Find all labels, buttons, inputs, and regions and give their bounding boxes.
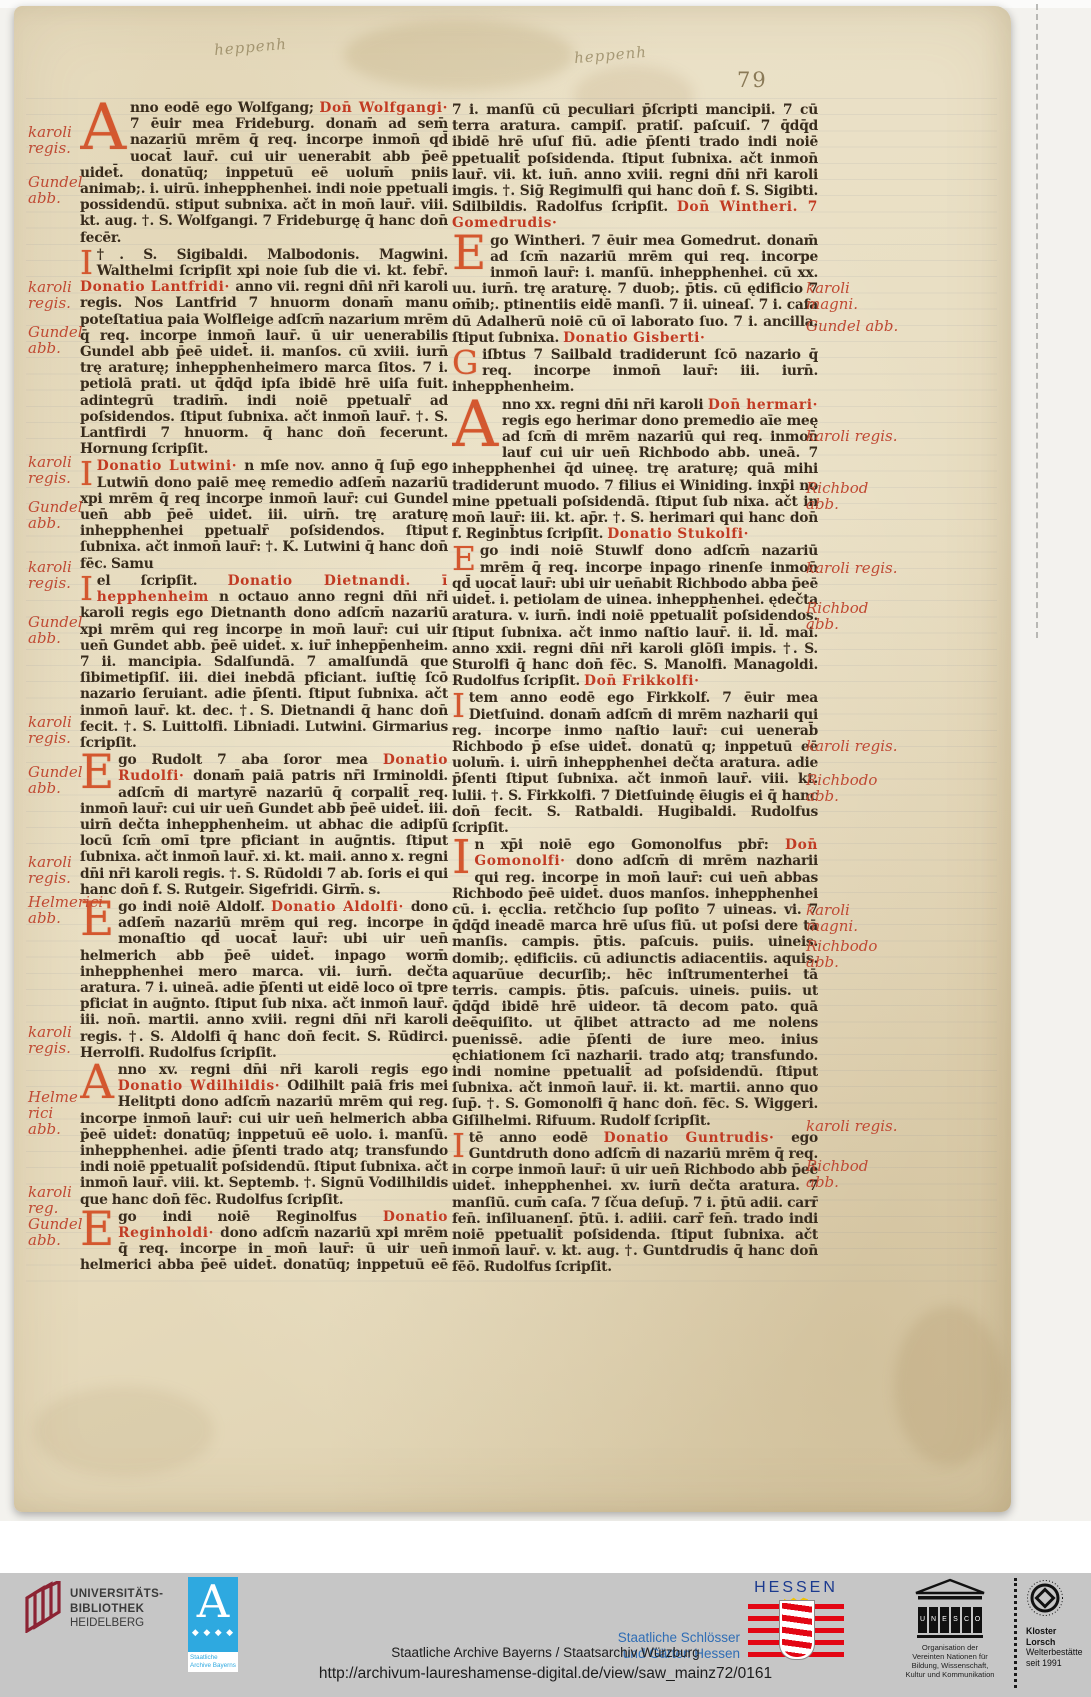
margin-note: Helme rici abb. xyxy=(28,1089,84,1137)
rubric-heading: Donatio Aldolfi· xyxy=(271,899,411,915)
rubric-heading: Donatio Guntrudis· xyxy=(604,1130,792,1146)
body-text: go indi noiē Stuwlf dono adſcm̄ nazariū … xyxy=(452,543,818,689)
margin-note: Gundel abb. xyxy=(28,324,84,356)
margin-note: Helmerici abb. xyxy=(28,894,84,926)
margin-note: Gundel abb. xyxy=(28,614,84,646)
illuminated-initial: I xyxy=(452,839,470,878)
unesco-base-icon xyxy=(917,1635,983,1638)
margin-note: Gundel abb. xyxy=(28,764,84,796)
illuminated-initial: E xyxy=(452,235,486,274)
scan-bottom-strip xyxy=(0,1521,1091,1573)
unesco-column-letter: U xyxy=(918,1607,927,1633)
unesco-column-letter: N xyxy=(929,1607,938,1633)
illuminated-initial: I xyxy=(452,692,465,719)
margin-note: Gundel abb. xyxy=(28,174,84,206)
body-text: ego Guntdruth dono adſcm̄ di nazariū mrē… xyxy=(452,1130,818,1276)
folio-number: 79 xyxy=(737,68,768,92)
margin-note: Gundel abb. xyxy=(806,318,902,334)
manuscript-scan-page: heppenh heppenh 79 Anno eodē ego Wolfgan… xyxy=(0,0,1091,1697)
body-text: 7 ēuir mea Frideburg. donam̄ ad sem̄ naz… xyxy=(80,116,448,245)
charter-entry: Ego indi noiē Aldolf. Donatio Aldolfi· d… xyxy=(80,899,448,1061)
charter-entry: Item anno eodē ego Firkkolf. 7 ēuir mea … xyxy=(452,690,818,836)
margin-note: karoli regis. xyxy=(806,560,902,576)
margin-note: karoli regis. xyxy=(28,714,84,746)
stain xyxy=(34,1386,214,1476)
unesco-pediment-icon xyxy=(908,1578,992,1600)
margin-note: karoli regis. xyxy=(806,738,902,754)
lorsch-line1: Kloster Lorsch xyxy=(1026,1626,1088,1647)
bayern-a-letter: A xyxy=(188,1577,238,1627)
unesco-columns-icon: UNESCO xyxy=(895,1607,1005,1633)
margin-note: karoli regis. xyxy=(28,124,84,156)
caption-url: http://archivum-laureshamense-digital.de… xyxy=(0,1665,1091,1683)
ub-heidelberg-wordmark: UNIVERSITÄTS- BIBLIOTHEK HEIDELBERG xyxy=(70,1587,163,1631)
rubric-heading: Donatio Lutwini· xyxy=(97,458,244,474)
rubric-heading: Donatio Gisberti· xyxy=(563,330,705,346)
charter-entry: Iel ſcripſit. Donatio Dietnandi. ī hepph… xyxy=(80,573,448,751)
margin-note: Richbod abb. xyxy=(806,1158,902,1190)
margin-note: karoli regis. xyxy=(28,454,84,486)
charter-entry: Ego indi noiē Stuwlf dono adſcm̄ nazariū… xyxy=(452,543,818,689)
illuminated-initial: A xyxy=(80,102,126,154)
charter-entry: Giſbtus 7 Sailbald tradiderunt ſcō nazar… xyxy=(452,347,818,396)
body-text: Odilhilt paiā fris mei Helitpti dono adſ… xyxy=(80,1078,448,1207)
rubric-heading: Donatio Lantfridi· xyxy=(80,279,235,295)
illuminated-initial: E xyxy=(80,1211,114,1250)
margin-note: karoli regis. xyxy=(806,1118,902,1134)
margin-note: karoli regis. xyxy=(28,559,84,591)
stain xyxy=(344,20,574,90)
margin-note: Richbodo abb. xyxy=(806,772,902,804)
charter-entry: In xp̄i noiē ego Gomonolfus pbr̄: Don̄ G… xyxy=(452,837,818,1129)
margin-note: karoli regis. xyxy=(806,428,902,444)
margin-note: karoli regis. xyxy=(28,854,84,886)
hessen-wordmark: HESSEN xyxy=(748,1579,844,1597)
charter-entry: Anno eodē ego Wolfgang; Don̄ Wolfgangi· … xyxy=(80,100,448,246)
unesco-column-letter: O xyxy=(973,1607,982,1633)
unesco-column-letter: S xyxy=(951,1607,960,1633)
illuminated-initial: E xyxy=(80,754,114,793)
illuminated-initial: A xyxy=(80,1064,114,1103)
body-text: n xp̄i noiē ego Gomonolfus pbr̄: xyxy=(474,837,785,853)
body-text: nno eodē ego Wolfgang; xyxy=(130,100,319,116)
illuminated-initial: I xyxy=(80,249,93,276)
unesco-column-letter: E xyxy=(940,1607,949,1633)
lorsch-emblem-icon xyxy=(1026,1579,1064,1617)
margin-note: Richbod abb. xyxy=(806,480,902,512)
charter-entry: Ego Rudolt 7 aba ſoror mea Donatio Rudol… xyxy=(80,752,448,898)
text-column-left: Anno eodē ego Wolfgang; Don̄ Wolfgangi· … xyxy=(80,100,448,1275)
illuminated-initial: G xyxy=(452,349,478,376)
margin-note: Richbod abb. xyxy=(806,600,902,632)
body-text: nno xv. regni dn̄i nr̄i karoli regis ego xyxy=(118,1062,448,1078)
body-text: dono adſem̄ nazariū mrēm qui reg. incorp… xyxy=(80,899,448,1061)
charter-entry: Anno xv. regni dn̄i nr̄i karoli regis eg… xyxy=(80,1062,448,1208)
ubh-line2: BIBLIOTHEK xyxy=(70,1602,163,1617)
scan-ruler-dashes xyxy=(1036,4,1038,638)
stain xyxy=(894,1306,1004,1466)
charter-entry: Anno xx. regni dn̄i nr̄i karoli Don̄ her… xyxy=(452,397,818,543)
body-text: dono adſcm̄ di mrēm nazharii qui reg. in… xyxy=(452,853,818,1128)
footer-logo-band: UNIVERSITÄTS- BIBLIOTHEK HEIDELBERG A ◆ … xyxy=(0,1573,1091,1697)
charter-entry: Itē anno eodē Donatio Guntrudis· ego Gun… xyxy=(452,1130,818,1276)
body-text: iſbtus 7 Sailbald tradiderunt ſcō nazari… xyxy=(452,347,818,395)
body-text: n mſe nov. anno q̄ ſup̄ ego Lutwin̄ dono… xyxy=(80,458,448,571)
charter-entry: Ego Wintheri. 7 ēuir mea Gomedrut. donam… xyxy=(452,233,818,346)
illuminated-initial: I xyxy=(452,1132,465,1159)
ub-heidelberg-logo-icon xyxy=(22,1581,66,1633)
text-column-right: 7 i. manſū cū peculiari p̄ſcripti mancip… xyxy=(452,102,818,1277)
illuminated-initial: A xyxy=(452,399,498,451)
margin-note: karoli magni. xyxy=(806,902,902,934)
body-text: go indi noiē Aldolf. xyxy=(118,899,271,915)
rubric-heading: Donatio Stukolfi· xyxy=(607,526,749,542)
body-text: regis ego herimar dono premedio aīe meę … xyxy=(452,413,818,542)
margin-note: karoli regis. xyxy=(28,279,84,311)
top-annotation-right: heppenh xyxy=(573,43,647,67)
margin-note: karoli magni. xyxy=(806,280,902,312)
rubric-heading: Don̄ hermari· xyxy=(708,397,818,413)
body-text: tē anno eodē xyxy=(469,1130,604,1146)
charter-entry: IDonatio Lutwini· n mſe nov. anno q̄ ſup… xyxy=(80,458,448,571)
margin-note: Gundel abb. xyxy=(28,1216,84,1248)
ubh-line3: HEIDELBERG xyxy=(70,1616,163,1631)
body-text: n octauo anno regni dn̄i nr̄i karoli reg… xyxy=(80,589,448,751)
body-text: go Rudolt 7 aba ſoror mea xyxy=(118,752,383,768)
body-text: el ſcripſit. xyxy=(97,573,228,589)
charter-entry: I†. S. Sigibaldi. Malbodonis. Magwini. W… xyxy=(80,247,448,458)
body-text: nno xx. regni dn̄i nr̄i karoli xyxy=(502,397,708,413)
rubric-heading: Don̄ Frikkolfi· xyxy=(584,673,700,689)
ubh-line1: UNIVERSITÄTS- xyxy=(70,1587,163,1602)
margin-note: Gundel abb. xyxy=(28,499,84,531)
body-text: anno vii. regni dn̄i nr̄i karoli regis. … xyxy=(80,279,448,457)
body-text: †. S. Sigibaldi. Malbodonis. Magwini. Wa… xyxy=(97,247,448,279)
caption-source: Staatliche Archive Bayerns / Staatsarchi… xyxy=(0,1645,1091,1660)
unesco-logo: UNESCO Organisation derVereinten Natione… xyxy=(895,1578,1005,1679)
charter-entry: 7 i. manſū cū peculiari p̄ſcripti mancip… xyxy=(452,102,818,232)
top-annotation-left: heppenh xyxy=(213,35,287,59)
illuminated-initial: E xyxy=(452,545,476,572)
charter-entry: Ego indi noiē Reginolfus Donatio Reginho… xyxy=(80,1209,448,1275)
rubric-heading: Donatio Wdilhildis· xyxy=(118,1078,288,1094)
body-text: go indi noiē Reginolfus xyxy=(118,1209,383,1225)
parchment-page: heppenh heppenh 79 Anno eodē ego Wolfgan… xyxy=(14,6,1011,1512)
margin-note: karoli regis. xyxy=(28,1024,84,1056)
bayern-diamonds-icon: ◆ ◆ ◆ ◆ xyxy=(188,1627,238,1637)
body-text: donam̄ paiā patris nr̄i Irminoldi. adſcm… xyxy=(80,768,448,897)
hessen-caption-line1: Staatliche Schlösser xyxy=(560,1630,740,1646)
margin-note: karoli reg. xyxy=(28,1184,84,1216)
unesco-column-letter: C xyxy=(962,1607,971,1633)
rubric-heading: Don̄ Wolfgangi· xyxy=(319,100,448,116)
body-text: tem anno eodē ego Firkkolf. 7 ēuir mea D… xyxy=(452,690,818,836)
margin-note: Richbodo abb. xyxy=(806,938,902,970)
